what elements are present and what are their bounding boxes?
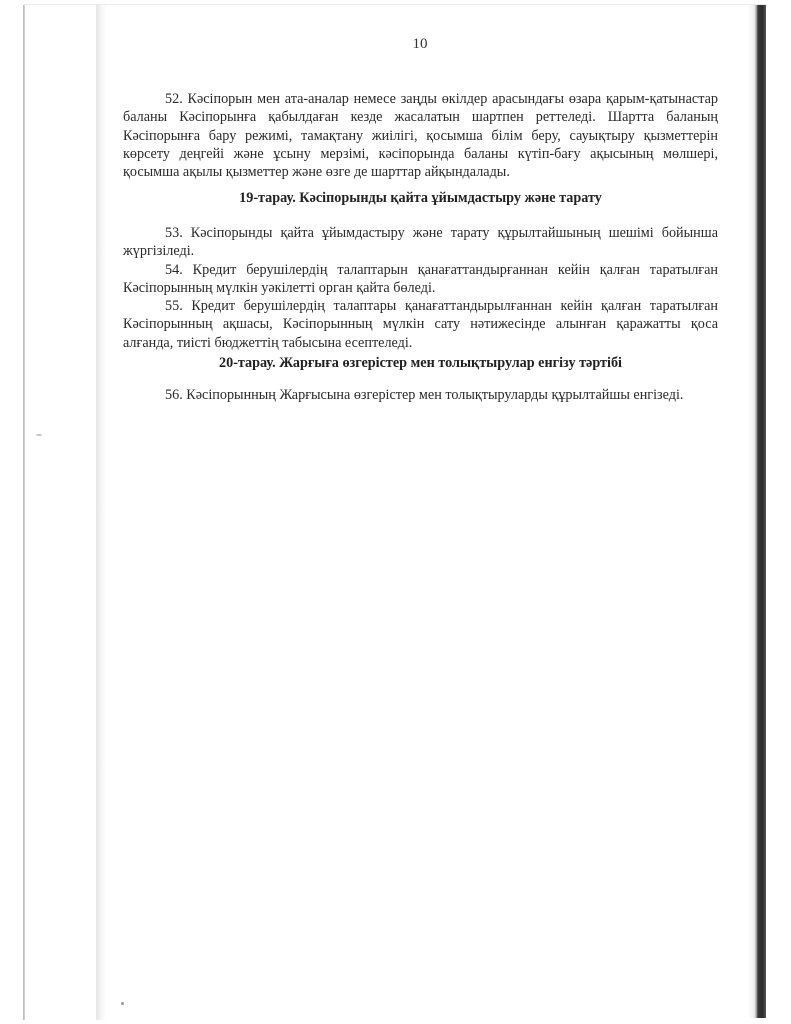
scan-left-line — [23, 5, 25, 1020]
paragraph-52: 52. Кәсіпорын мен ата-аналар немесе заңд… — [123, 90, 718, 181]
paragraph-block-52: 52. Кәсіпорын мен ата-аналар немесе заңд… — [123, 90, 718, 181]
page-top-edge — [24, 4, 766, 5]
scanned-page: 10 52. Кәсіпорын мен ата-аналар немесе з… — [0, 0, 791, 1024]
paragraph-53: 53. Кәсіпорынды қайта ұйымдастыру және т… — [123, 224, 718, 261]
section-heading-19: 19-тарау. Кәсіпорынды қайта ұйымдастыру … — [123, 190, 718, 207]
binding-shadow-band — [748, 5, 766, 1018]
paper-edge-shadow — [96, 5, 106, 1020]
section-20-body: 56. Кәсіпорынның Жарғысына өзгерістер ме… — [123, 386, 718, 404]
paragraph-55: 55. Кредит берушілердің талаптары қанаға… — [123, 297, 718, 352]
section-heading-20: 20-тарау. Жарғыға өзгерістер мен толықты… — [123, 355, 718, 372]
section-19-body: 53. Кәсіпорынды қайта ұйымдастыру және т… — [123, 224, 718, 352]
paragraph-54: 54. Кредит берушілердің талаптарын қанағ… — [123, 261, 718, 298]
page-number: 10 — [0, 36, 791, 53]
scan-speck — [36, 434, 42, 436]
paragraph-56: 56. Кәсіпорынның Жарғысына өзгерістер ме… — [123, 386, 718, 404]
scan-speck — [121, 1002, 124, 1005]
